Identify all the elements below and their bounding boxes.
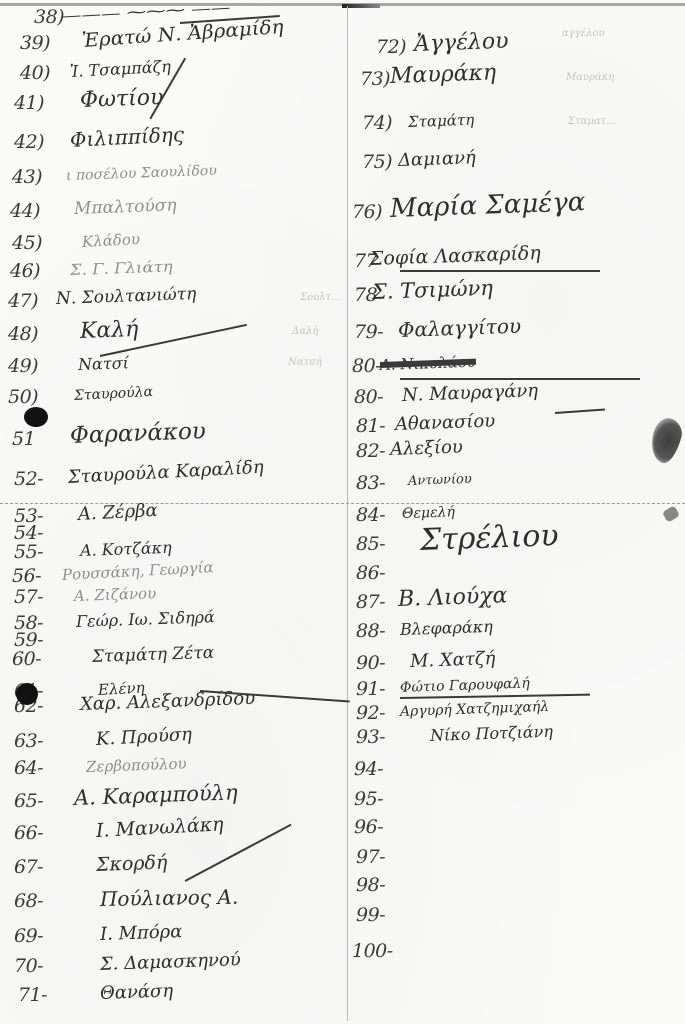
handwritten-signature: Α. Καραμπούλη (74, 781, 238, 811)
handwritten-signature: Α. Νικολάου (380, 352, 477, 373)
handwritten-signature: Κλάδου (82, 230, 141, 251)
handwritten-signature: Αθανασίου (395, 410, 496, 434)
entry-number: 92- (356, 702, 385, 724)
entry-number: 83- (356, 472, 385, 494)
pen-stroke (400, 378, 640, 380)
handwritten-signature: Νίκο Ποτζιάνη (430, 722, 554, 745)
handwritten-signature: Θανάση (100, 980, 174, 1004)
entry-number: 67- (14, 856, 43, 878)
entry-number: 69- (14, 925, 43, 947)
entry-number: 46) (10, 260, 40, 282)
handwritten-signature: Αντωνίου (408, 472, 472, 489)
entry-number: 84- (356, 504, 385, 526)
handwritten-signature: Νατσί (78, 353, 129, 374)
handwritten-signature: Μαυράκη (390, 60, 497, 89)
entry-number: 39) (20, 32, 50, 54)
entry-number: 48) (8, 323, 38, 345)
handwritten-signature: Φώτιο Γαρουφαλή (400, 675, 530, 696)
entry-number: 65- (14, 790, 43, 812)
entry-number: 63- (14, 730, 43, 752)
entry-number: 100- (352, 940, 393, 962)
entry-number: 80- (352, 355, 381, 377)
entry-number: 43) (12, 166, 42, 188)
punch-hole (24, 407, 48, 427)
handwritten-signature: Ρουσσάκη, Γεωργία (62, 558, 214, 584)
entry-number: 44) (10, 200, 40, 222)
handwritten-signature: Α. Ζιζάνου (74, 584, 157, 605)
handwritten-signature: Σ. Δαμασκηνού (100, 949, 241, 975)
handwritten-signature: Φωτίου (80, 85, 164, 113)
entry-number: 94- (354, 758, 383, 780)
entry-number: 68- (14, 890, 43, 912)
entry-number: 40) (20, 62, 50, 84)
entry-number: 81- (356, 415, 385, 437)
entry-number: 70- (14, 955, 43, 977)
entry-number: 74) (362, 112, 392, 134)
entry-number: 79- (354, 321, 383, 343)
handwritten-signature: Ι. Μανωλάκη (95, 813, 224, 842)
entry-number: 75) (362, 151, 392, 173)
handwritten-signature: Σ. Τσιμώνη (372, 276, 494, 304)
entry-number: 60- (12, 648, 41, 670)
handwritten-signature: Κ. Προύση (95, 723, 192, 749)
handwritten-signature: Α. Ζέρβα (77, 499, 158, 524)
handwritten-signature: Πούλιανος Α. (100, 885, 239, 911)
entry-number: 57- (14, 586, 43, 608)
handwritten-signature: ι ποσέλου Σαουλίδου (66, 162, 217, 183)
handwritten-signature: Ν. Σουλτανιώτη (56, 284, 197, 309)
entry-number: 66- (14, 822, 43, 844)
entry-number: 47) (8, 290, 38, 312)
entry-number: 96- (354, 816, 383, 838)
handwritten-signature: Ζερβοπούλου (86, 754, 187, 776)
handwritten-signature: Σταμάτη (408, 110, 475, 130)
entry-number: 42) (14, 131, 44, 153)
entry-number: 76) (352, 201, 382, 223)
handwritten-signature: Σ. Γ. Γλιάτη (70, 257, 173, 279)
entry-number: 82- (356, 440, 385, 462)
entry-number: 91- (356, 678, 385, 700)
handwritten-signature: Δαμιανή (398, 147, 476, 171)
pen-stroke (400, 270, 600, 272)
handwritten-signature: Μ. Χατζή (410, 648, 496, 672)
handwritten-signature: Ἰ. Τσαμπάζη (70, 57, 172, 81)
entry-number: 93- (356, 726, 385, 748)
entry-number: 88- (356, 620, 385, 642)
handwritten-signature: Σταυρούλα Καραλίδη (67, 456, 264, 487)
entry-number: 87- (356, 591, 385, 613)
handwritten-signature: Φαλαγγίτου (398, 314, 522, 342)
vertical-fold-line (347, 6, 348, 1021)
handwritten-signature: Ι. Μπόρα (100, 921, 183, 945)
ink-stain (647, 415, 685, 466)
handwritten-signature: Σοφία Λασκαρίδη (370, 242, 541, 270)
entry-number: 90- (356, 652, 385, 674)
entry-number: 64- (14, 757, 43, 779)
handwritten-signature: Γεώρ. Ιω. Σιδηρά (76, 607, 215, 631)
entry-number: 73) (360, 68, 390, 90)
entry-number: 56- (12, 565, 41, 587)
entry-number: 71- (18, 984, 47, 1006)
faint-margin-note: Μαυράκη (566, 72, 614, 83)
faint-margin-note: Δαλή (292, 326, 318, 337)
entry-number: 86- (356, 562, 385, 584)
faint-margin-note: Νατσή (288, 357, 322, 368)
handwritten-signature: Αλεξίου (390, 436, 464, 460)
entry-number: 49) (8, 355, 38, 377)
handwritten-signature: Μαρία Σαμέγα (389, 187, 585, 224)
handwritten-signature: Φαρανάκου (70, 418, 207, 449)
entry-number: 55- (14, 541, 43, 563)
handwritten-signature: Καλή (80, 316, 139, 343)
entry-number: 99- (356, 904, 385, 926)
faint-margin-note: Σταματ… (568, 116, 616, 127)
handwritten-signature: Α. Κοτζάκη (80, 538, 172, 560)
handwritten-signature: Σκορδή (96, 851, 168, 875)
handwritten-signature: Φιλιππίδης (69, 122, 184, 152)
handwritten-signature: Β. Λιούχα (398, 583, 508, 612)
entry-number: 51 (12, 428, 35, 450)
handwritten-signature: Ἀγγέλου (414, 28, 509, 56)
handwritten-signature: Στρέλιου (419, 518, 559, 558)
entry-number: 98- (356, 874, 385, 896)
entry-number: 52- (14, 468, 43, 490)
entry-number: 41) (14, 92, 44, 114)
faint-margin-note: αγγέλου (562, 28, 605, 39)
entry-number: 95- (354, 788, 383, 810)
handwritten-signature: Βλεφαράκη (400, 617, 493, 639)
faint-margin-note: Σουλτ… (300, 292, 341, 303)
handwritten-signature: Ν. Μαυραγάνη (402, 380, 539, 406)
handwritten-signature: Σταμάτη Ζέτα (92, 643, 215, 667)
entry-number: 50) (8, 386, 38, 408)
handwritten-signature: Μπαλτούση (74, 196, 177, 220)
entry-number: 85- (356, 533, 385, 555)
handwritten-signature: Θεμελή (402, 504, 455, 522)
entry-number: 72) (376, 36, 406, 58)
ink-stain (662, 505, 680, 522)
punch-hole (16, 683, 38, 705)
entry-number: 80- (354, 386, 383, 408)
pen-stroke (555, 409, 605, 414)
entry-number: 38) (34, 6, 64, 28)
entry-number: 45) (12, 232, 42, 254)
entry-number: 97- (356, 846, 385, 868)
scanned-document-page: 38)——— ⁓⁓⁓ ——39)Ἐρατώ Ν. Ἀβραμίδη40)Ἰ. Τ… (0, 0, 685, 1024)
handwritten-signature: Αργυρή Χατζημιχαήλ (400, 698, 550, 719)
handwritten-signature: Σταυρούλα (74, 383, 154, 403)
